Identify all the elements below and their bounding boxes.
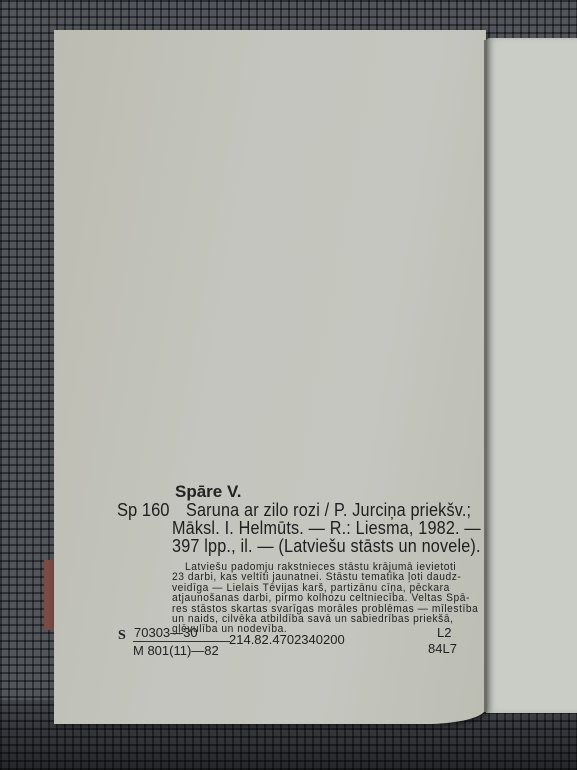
code-bottom: 84L7 (428, 641, 457, 656)
catalog-abstract: Latviešu padomju rakstnieces stāstu krāj… (172, 562, 492, 635)
bib-letter: S (118, 628, 126, 644)
fraction-denominator: M 801(11)—82 (133, 642, 230, 658)
book-cover-edge (44, 560, 54, 630)
bib-fraction: 70303—30 M 801(11)—82 (133, 625, 230, 658)
right-page (486, 38, 577, 713)
fraction-numerator: 70303—30 (133, 625, 230, 642)
catalog-call-number: Sp 160 (117, 500, 169, 521)
classification-code: 214.82.4702340200 (229, 632, 345, 647)
catalog-pages-line: 397 lpp., il. — (Latviešu stāsts un nove… (172, 536, 481, 557)
code-top: L2 (437, 625, 451, 640)
catalog-author: Spāre V. (175, 482, 241, 502)
